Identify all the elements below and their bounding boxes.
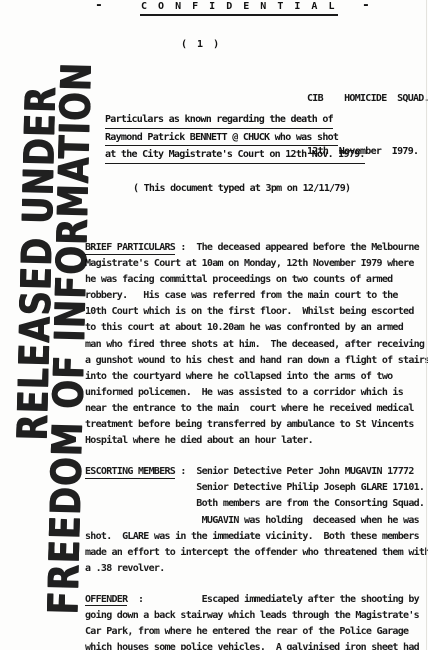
document-line: 10th Court which is on the first floor. … (85, 304, 428, 320)
document-body: BRIEF PARTICULARS : The deceased appeare… (85, 240, 428, 650)
document-line: Hospital where he died about an hour lat… (85, 433, 428, 449)
document-line: Senior Detective Philip Joseph GLARE 171… (85, 480, 428, 496)
typed-note: ( This document typed at 3pm on 12/11/79… (133, 183, 350, 194)
document-line: treatment before being transferred by am… (85, 417, 428, 433)
document-line: man who fired three shots at him. The de… (85, 337, 428, 353)
letterhead-unit: CIB HOMICIDE SQUAD. (307, 90, 428, 108)
document-line: a gunshot wound to his chest and hand ra… (85, 353, 428, 369)
document-line: which houses some police vehicles. A gal… (85, 640, 428, 650)
document-line: to this court at about 10.20am he was co… (85, 320, 428, 336)
document-line: he was facing committal proceedings on t… (85, 272, 428, 288)
foi-release-stamp: RELEASED UNDER FREEDOM OF INFORMATION (11, 85, 94, 615)
document-line: going down a back stairway which leads t… (85, 608, 428, 624)
document-line: into the courtyard where he collapsed in… (85, 369, 428, 385)
document-line: shot. GLARE was in the immediate vicinit… (85, 529, 428, 545)
document-line: robbery. His case was referred from the … (85, 288, 428, 304)
section-escorting-members: ESCORTING MEMBERS : Senior Detective Pet… (85, 464, 428, 577)
document-line: BRIEF PARTICULARS : The deceased appeare… (85, 240, 428, 256)
section-heading: ESCORTING MEMBERS (85, 466, 175, 479)
section-brief-particulars: BRIEF PARTICULARS : The deceased appeare… (85, 240, 428, 449)
page-number: ( 1 ) (181, 39, 221, 50)
left-dash: - (95, 0, 103, 13)
document-line: Car Park, from where he entered the rear… (85, 624, 428, 640)
title-line-3: at the City Magistrate's Court on 12th N… (105, 149, 365, 164)
section-offender: OFFENDER : Escaped immediately after the… (85, 592, 428, 650)
document-line: OFFENDER : Escaped immediately after the… (85, 592, 428, 608)
title-line-2: Raymond Patrick BENNETT @ CHUCK who was … (105, 132, 365, 147)
classification-banner: C O N F I D E N T I A L (140, 1, 338, 16)
document-line: Magistrate's Court at 10am on Monday, 12… (85, 256, 428, 272)
right-dash: - (362, 0, 370, 13)
document-line: MUGAVIN was holding deceased when he was (85, 513, 428, 529)
document-line: ESCORTING MEMBERS : Senior Detective Pet… (85, 464, 428, 480)
section-heading: BRIEF PARTICULARS (85, 242, 175, 255)
document-line: made an effort to intercept the offender… (85, 545, 428, 561)
section-heading: OFFENDER (85, 594, 127, 607)
document-line: Both members are from the Consorting Squ… (85, 496, 428, 512)
document-line: uniformed policemen. He was assisted to … (85, 385, 428, 401)
document-page: - C O N F I D E N T I A L - ( 1 ) CIB HO… (0, 0, 428, 650)
stamp-line-freedom-of-information: FREEDOM OF INFORMATION (46, 86, 94, 615)
document-line: near the entrance to the main court wher… (85, 401, 428, 417)
title-line-1: Particulars as known regarding the death… (105, 114, 365, 129)
document-title: Particulars as known regarding the death… (105, 114, 365, 167)
scan-edge-artifact (426, 0, 427, 650)
document-line: a .38 revolver. (85, 561, 428, 577)
